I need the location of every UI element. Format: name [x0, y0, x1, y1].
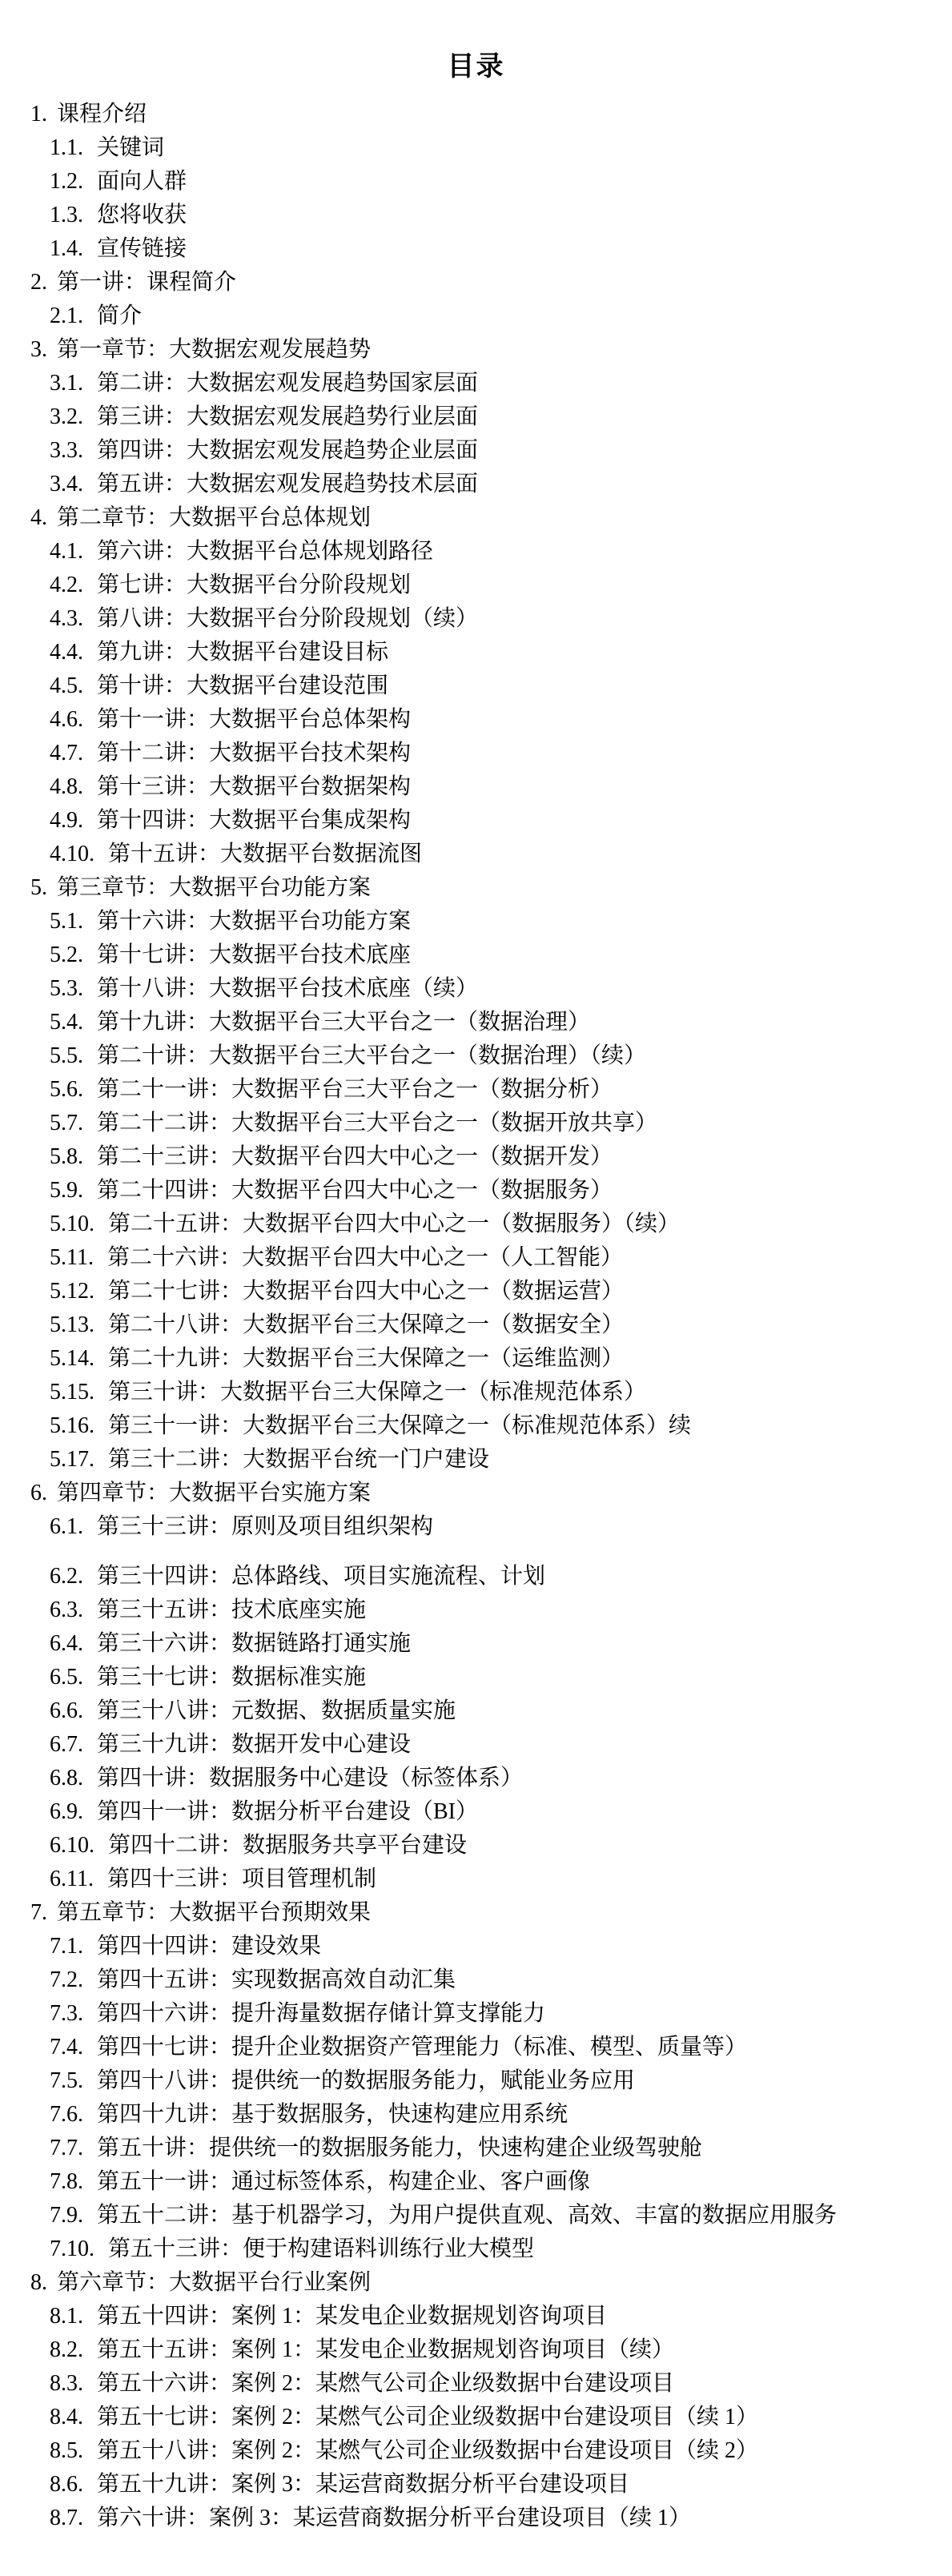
toc-item-label: 第三十五讲：技术底座实施	[97, 1597, 366, 1622]
toc-item-number: 8.5.	[50, 2434, 83, 2468]
toc-item: 1.3.您将收获	[0, 199, 952, 232]
toc-item-label: 第四十五讲：实现数据高效自动汇集	[97, 1967, 456, 1992]
toc-item-number: 7.7.	[50, 2132, 83, 2165]
toc-item-number: 6.11.	[50, 1863, 94, 1896]
toc-item: 4.第二章节：大数据平台总体规划	[0, 501, 952, 535]
toc-item-number: 4.1.	[50, 535, 83, 569]
toc-item-number: 7.	[30, 1896, 47, 1930]
toc-item-number: 7.10.	[50, 2232, 94, 2266]
toc-item-number: 5.11.	[50, 1241, 94, 1275]
toc-item-label: 第七讲：大数据平台分阶段规划	[97, 573, 411, 597]
toc-item-label: 关键词	[97, 135, 164, 160]
toc-item-number: 5.	[30, 871, 47, 905]
toc-item-label: 第三讲：大数据宏观发展趋势行业层面	[97, 404, 478, 429]
toc-item-number: 5.2.	[50, 938, 83, 972]
toc-item: 8.2.第五十五讲：案例 1：某发电企业数据规划咨询项目（续）	[0, 2333, 952, 2367]
toc-item-number: 6.5.	[50, 1661, 83, 1694]
toc-item-label: 第四十八讲：提供统一的数据服务能力，赋能业务应用	[97, 2068, 635, 2093]
toc-item: 5.6.第二十一讲：大数据平台三大平台之一（数据分析）	[0, 1073, 952, 1107]
toc-item: 5.13.第二十八讲：大数据平台三大保障之一（数据安全）	[0, 1308, 952, 1342]
page-title: 目录	[0, 50, 952, 85]
toc-item-number: 4.6.	[50, 703, 83, 737]
toc-item-label: 第三十四讲：总体路线、项目实施流程、计划	[97, 1564, 545, 1589]
toc-item-label: 第八讲：大数据平台分阶段规划（续）	[97, 606, 478, 631]
toc-item-number: 5.5.	[50, 1039, 83, 1073]
toc-item-label: 第四十讲：数据服务中心建设（标签体系）	[97, 1766, 523, 1790]
toc-item-label: 第十一讲：大数据平台总体架构	[97, 707, 411, 732]
toc-item-label: 第一章节：大数据宏观发展趋势	[57, 337, 371, 362]
toc-item: 1.2.面向人群	[0, 165, 952, 199]
toc-item-number: 6.9.	[50, 1795, 83, 1829]
toc-item-number: 5.6.	[50, 1073, 83, 1107]
toc-item-number: 8.7.	[50, 2502, 83, 2535]
toc-item-number: 5.9.	[50, 1174, 83, 1208]
toc-item-label: 第六十讲：案例 3：某运营商数据分析平台建设项目（续 1）	[97, 2506, 691, 2530]
toc-item: 6.1.第三十三讲：原则及项目组织架构	[0, 1510, 952, 1544]
toc-item-label: 第五十二讲：基于机器学习，为用户提供直观、高效、丰富的数据应用服务	[97, 2203, 837, 2228]
toc-item-label: 第四十四讲：建设效果	[97, 1934, 321, 1959]
toc-item: 4.8.第十三讲：大数据平台数据架构	[0, 770, 952, 804]
toc-item: 4.9.第十四讲：大数据平台集成架构	[0, 804, 952, 838]
toc-item: 3.第一章节：大数据宏观发展趋势	[0, 333, 952, 367]
toc-item: 4.6.第十一讲：大数据平台总体架构	[0, 703, 952, 737]
toc-item-label: 第四十三讲：项目管理机制	[107, 1867, 376, 1891]
toc-item: 7.4.第四十七讲：提升企业数据资产管理能力（标准、模型、质量等）	[0, 2031, 952, 2064]
toc-item: 6.10.第四十二讲：数据服务共享平台建设	[0, 1829, 952, 1863]
toc-item: 5.3.第十八讲：大数据平台技术底座（续）	[0, 972, 952, 1006]
toc-item: 8.4.第五十七讲：案例 2：某燃气公司企业级数据中台建设项目（续 1）	[0, 2401, 952, 2434]
toc-item: 4.10.第十五讲：大数据平台数据流图	[0, 838, 952, 871]
toc-item: 7.第五章节：大数据平台预期效果	[0, 1896, 952, 1930]
toc-item-number: 5.1.	[50, 905, 83, 938]
toc-item-label: 第四章节：大数据平台实施方案	[57, 1481, 371, 1505]
toc-item-number: 5.12.	[50, 1275, 94, 1308]
toc-item: 8.1.第五十四讲：案例 1：某发电企业数据规划咨询项目	[0, 2300, 952, 2333]
toc-item: 7.9.第五十二讲：基于机器学习，为用户提供直观、高效、丰富的数据应用服务	[0, 2199, 952, 2232]
toc-item-number: 6.7.	[50, 1728, 83, 1762]
toc-item: 4.1.第六讲：大数据平台总体规划路径	[0, 535, 952, 569]
toc-item-number: 6.8.	[50, 1762, 83, 1795]
toc-item: 8.第六章节：大数据平台行业案例	[0, 2266, 952, 2300]
toc-item-number: 4.9.	[50, 804, 83, 838]
toc-item: 5.第三章节：大数据平台功能方案	[0, 871, 952, 905]
toc-item: 4.7.第十二讲：大数据平台技术架构	[0, 737, 952, 770]
toc-item-number: 6.10.	[50, 1829, 94, 1863]
toc-item-label: 第十讲：大数据平台建设范围	[97, 673, 388, 698]
toc-item: 5.16.第三十一讲：大数据平台三大保障之一（标准规范体系）续	[0, 1409, 952, 1443]
toc-item-number: 1.3.	[50, 199, 83, 232]
toc-item: 6.8.第四十讲：数据服务中心建设（标签体系）	[0, 1762, 952, 1795]
toc-item-number: 3.3.	[50, 434, 83, 468]
toc-item-label: 第二十七讲：大数据平台四大中心之一（数据运营）	[108, 1279, 624, 1304]
toc-item-label: 第二十二讲：大数据平台三大平台之一（数据开放共享）	[97, 1111, 657, 1135]
toc-item: 5.1.第十六讲：大数据平台功能方案	[0, 905, 952, 938]
toc-item-label: 宣传链接	[97, 236, 187, 261]
toc-item: 4.2.第七讲：大数据平台分阶段规划	[0, 569, 952, 602]
toc-item: 7.6.第四十九讲：基于数据服务，快速构建应用系统	[0, 2098, 952, 2132]
toc-item-number: 2.1.	[50, 299, 83, 333]
toc-item-number: 4.3.	[50, 602, 83, 636]
toc-item: 5.10.第二十五讲：大数据平台四大中心之一（数据服务）（续）	[0, 1208, 952, 1241]
toc-item-label: 第三十七讲：数据标准实施	[97, 1665, 366, 1690]
toc-item-number: 5.7.	[50, 1107, 83, 1140]
toc-item-label: 第五十六讲：案例 2：某燃气公司企业级数据中台建设项目	[97, 2371, 674, 2396]
toc-item-number: 5.8.	[50, 1140, 83, 1174]
toc-item-number: 3.	[30, 333, 47, 367]
toc-item-label: 第五十五讲：案例 1：某发电企业数据规划咨询项目（续）	[97, 2337, 674, 2362]
toc-item: 7.5.第四十八讲：提供统一的数据服务能力，赋能业务应用	[0, 2064, 952, 2098]
toc-item: 5.8.第二十三讲：大数据平台四大中心之一（数据开发）	[0, 1140, 952, 1174]
toc-item-number: 7.4.	[50, 2031, 83, 2064]
toc-item-number: 3.4.	[50, 468, 83, 501]
toc-item-number: 5.13.	[50, 1308, 94, 1342]
toc-item-label: 课程介绍	[57, 102, 147, 127]
toc-item-number: 4.8.	[50, 770, 83, 804]
toc-item-label: 第五讲：大数据宏观发展趋势技术层面	[97, 472, 478, 496]
toc-item-label: 第六讲：大数据平台总体规划路径	[97, 539, 433, 564]
toc-item: 5.11.第二十六讲：大数据平台四大中心之一（人工智能）	[0, 1241, 952, 1275]
toc-item-label: 第二十一讲：大数据平台三大平台之一（数据分析）	[97, 1077, 613, 1102]
toc-item-label: 第二十六讲：大数据平台四大中心之一（人工智能）	[107, 1245, 623, 1270]
toc-item-label: 第十七讲：大数据平台技术底座	[97, 942, 411, 967]
toc-item-label: 第十五讲：大数据平台数据流图	[108, 842, 422, 866]
toc-item: 5.14.第二十九讲：大数据平台三大保障之一（运维监测）	[0, 1342, 952, 1376]
toc-item-label: 第三十讲：大数据平台三大保障之一（标准规范体系）	[108, 1380, 646, 1405]
toc-item-number: 4.7.	[50, 737, 83, 770]
toc-item-label: 第六章节：大数据平台行业案例	[57, 2270, 371, 2295]
toc-item-label: 第十八讲：大数据平台技术底座（续）	[97, 976, 478, 1001]
toc-item-number: 8.3.	[50, 2367, 83, 2401]
toc-item: 6.7.第三十九讲：数据开发中心建设	[0, 1728, 952, 1762]
toc-item: 5.4.第十九讲：大数据平台三大平台之一（数据治理）	[0, 1006, 952, 1039]
toc-item: 2.第一讲：课程简介	[0, 266, 952, 299]
toc-item: 5.17.第三十二讲：大数据平台统一门户建设	[0, 1443, 952, 1477]
toc-item: 4.5.第十讲：大数据平台建设范围	[0, 669, 952, 703]
toc-item-number: 1.4.	[50, 232, 83, 266]
toc-item-number: 3.1.	[50, 367, 83, 400]
toc-item: 3.1.第二讲：大数据宏观发展趋势国家层面	[0, 367, 952, 400]
toc-item-number: 8.6.	[50, 2468, 83, 2502]
toc-item-number: 7.2.	[50, 1963, 83, 1997]
toc-item-number: 5.16.	[50, 1409, 94, 1443]
toc-item: 5.12.第二十七讲：大数据平台四大中心之一（数据运营）	[0, 1275, 952, 1308]
toc-item-number: 6.3.	[50, 1593, 83, 1627]
toc-item: 5.15.第三十讲：大数据平台三大保障之一（标准规范体系）	[0, 1376, 952, 1409]
toc-item-label: 第三十八讲：元数据、数据质量实施	[97, 1698, 456, 1723]
toc-item-number: 4.5.	[50, 669, 83, 703]
toc-item-label: 第三十一讲：大数据平台三大保障之一（标准规范体系）续	[108, 1413, 691, 1438]
toc-item: 4.3.第八讲：大数据平台分阶段规划（续）	[0, 602, 952, 636]
toc-item-label: 第三章节：大数据平台功能方案	[57, 875, 371, 900]
toc-item: 4.4.第九讲：大数据平台建设目标	[0, 636, 952, 669]
toc-item-label: 第五十讲：提供统一的数据服务能力，快速构建企业级驾驶舱	[97, 2136, 702, 2160]
toc-item-number: 4.2.	[50, 569, 83, 602]
toc-item: 5.7.第二十二讲：大数据平台三大平台之一（数据开放共享）	[0, 1107, 952, 1140]
toc-item-label: 第二十四讲：大数据平台四大中心之一（数据服务）	[97, 1178, 613, 1203]
toc-item-label: 第三十六讲：数据链路打通实施	[97, 1631, 411, 1656]
toc-item-number: 7.9.	[50, 2199, 83, 2232]
toc-item: 7.7.第五十讲：提供统一的数据服务能力，快速构建企业级驾驶舱	[0, 2132, 952, 2165]
toc-item-number: 6.6.	[50, 1694, 83, 1728]
toc-item-label: 第十二讲：大数据平台技术架构	[97, 741, 411, 766]
toc-item-label: 第三十三讲：原则及项目组织架构	[97, 1514, 433, 1539]
toc-item: 7.2.第四十五讲：实现数据高效自动汇集	[0, 1963, 952, 1997]
toc-item-number: 6.	[30, 1477, 47, 1510]
toc-item-number: 3.2.	[50, 400, 83, 434]
toc-item-number: 7.3.	[50, 1997, 83, 2031]
toc-item: 3.4.第五讲：大数据宏观发展趋势技术层面	[0, 468, 952, 501]
toc-item: 1.课程介绍	[0, 98, 952, 131]
toc-item: 6.4.第三十六讲：数据链路打通实施	[0, 1627, 952, 1661]
toc-item: 7.8.第五十一讲：通过标签体系，构建企业、客户画像	[0, 2165, 952, 2199]
toc-item-label: 第三十九讲：数据开发中心建设	[97, 1732, 411, 1757]
toc-item-number: 8.1.	[50, 2300, 83, 2333]
toc-item-label: 面向人群	[97, 169, 187, 194]
toc-item-number: 5.17.	[50, 1443, 94, 1477]
toc-item-label: 第四十一讲：数据分析平台建设（BI）	[97, 1799, 478, 1824]
toc-item-number: 4.	[30, 501, 47, 535]
toc-item: 3.2.第三讲：大数据宏观发展趋势行业层面	[0, 400, 952, 434]
toc-item-number: 5.10.	[50, 1208, 94, 1241]
toc-item-label: 第十三讲：大数据平台数据架构	[97, 774, 411, 799]
toc-item-label: 第二十九讲：大数据平台三大保障之一（运维监测）	[108, 1346, 624, 1371]
toc-item-label: 第十四讲：大数据平台集成架构	[97, 808, 411, 833]
toc-item: 8.5.第五十八讲：案例 2：某燃气公司企业级数据中台建设项目（续 2）	[0, 2434, 952, 2468]
toc-item-label: 第二十五讲：大数据平台四大中心之一（数据服务）（续）	[108, 1212, 680, 1236]
toc-item-number: 5.3.	[50, 972, 83, 1006]
toc-item-label: 第一讲：课程简介	[57, 270, 236, 295]
toc-item-label: 第四十七讲：提升企业数据资产管理能力（标准、模型、质量等）	[97, 2035, 747, 2060]
toc-item-number: 7.6.	[50, 2098, 83, 2132]
toc-item-number: 1.2.	[50, 165, 83, 199]
toc-item-label: 第四讲：大数据宏观发展趋势企业层面	[97, 438, 478, 463]
toc-item-label: 第三十二讲：大数据平台统一门户建设	[108, 1447, 489, 1472]
toc-item: 1.1.关键词	[0, 131, 952, 165]
toc-item-number: 7.1.	[50, 1930, 83, 1963]
toc-item-label: 第九讲：大数据平台建设目标	[97, 640, 388, 665]
toc-item-number: 6.2.	[50, 1560, 83, 1593]
toc-item-label: 第二十讲：大数据平台三大平台之一（数据治理）（续）	[97, 1043, 646, 1068]
toc-item-label: 第四十九讲：基于数据服务，快速构建应用系统	[97, 2102, 568, 2127]
toc-item-label: 第五十一讲：通过标签体系，构建企业、客户画像	[97, 2169, 590, 2194]
toc-item-label: 第五十九讲：案例 3：某运营商数据分析平台建设项目	[97, 2472, 629, 2497]
toc-item-label: 第四十六讲：提升海量数据存储计算支撑能力	[97, 2001, 545, 2026]
toc-item: 2.1.简介	[0, 299, 952, 333]
toc-item-number: 2.	[30, 266, 47, 299]
toc-item-number: 6.4.	[50, 1627, 83, 1661]
toc-item-number: 1.1.	[50, 131, 83, 165]
toc-item-label: 第二十三讲：大数据平台四大中心之一（数据开发）	[97, 1144, 613, 1169]
toc-item: 1.4.宣传链接	[0, 232, 952, 266]
toc-item: 5.2.第十七讲：大数据平台技术底座	[0, 938, 952, 972]
toc-item-number: 5.15.	[50, 1376, 94, 1409]
toc-item-number: 7.8.	[50, 2165, 83, 2199]
toc-item-number: 8.4.	[50, 2401, 83, 2434]
toc-item-number: 5.4.	[50, 1006, 83, 1039]
toc-item-label: 第二讲：大数据宏观发展趋势国家层面	[97, 371, 478, 396]
toc-item-number: 4.10.	[50, 838, 94, 871]
toc-item: 5.9.第二十四讲：大数据平台四大中心之一（数据服务）	[0, 1174, 952, 1208]
toc-item-label: 简介	[97, 303, 142, 328]
toc-item: 7.3.第四十六讲：提升海量数据存储计算支撑能力	[0, 1997, 952, 2031]
toc-item: 6.9.第四十一讲：数据分析平台建设（BI）	[0, 1795, 952, 1829]
toc-item-number: 5.14.	[50, 1342, 94, 1376]
toc-item: 6.3.第三十五讲：技术底座实施	[0, 1593, 952, 1627]
toc-item-label: 第十九讲：大数据平台三大平台之一（数据治理）	[97, 1010, 590, 1035]
toc-item-label: 您将收获	[97, 203, 187, 227]
toc-item: 8.6.第五十九讲：案例 3：某运营商数据分析平台建设项目	[0, 2468, 952, 2502]
toc-item-label: 第五十七讲：案例 2：某燃气公司企业级数据中台建设项目（续 1）	[97, 2405, 758, 2429]
toc-item: 7.10.第五十三讲：便于构建语料训练行业大模型	[0, 2232, 952, 2266]
toc-item-label: 第十六讲：大数据平台功能方案	[97, 909, 411, 934]
toc-item-label: 第五十三讲：便于构建语料训练行业大模型	[108, 2236, 534, 2261]
toc-item: 6.6.第三十八讲：元数据、数据质量实施	[0, 1694, 952, 1728]
toc-item: 8.3.第五十六讲：案例 2：某燃气公司企业级数据中台建设项目	[0, 2367, 952, 2401]
toc-item-number: 1.	[30, 98, 47, 131]
toc-item-number: 7.5.	[50, 2064, 83, 2098]
toc-item-label: 第二十八讲：大数据平台三大保障之一（数据安全）	[108, 1312, 624, 1337]
toc-item-label: 第五十八讲：案例 2：某燃气公司企业级数据中台建设项目（续 2）	[97, 2438, 758, 2463]
toc-item-number: 8.2.	[50, 2333, 83, 2367]
toc-item: 7.1.第四十四讲：建设效果	[0, 1930, 952, 1963]
toc-item-number: 4.4.	[50, 636, 83, 669]
toc-item-number: 8.	[30, 2266, 47, 2300]
toc-item: 5.5.第二十讲：大数据平台三大平台之一（数据治理）（续）	[0, 1039, 952, 1073]
toc-item-label: 第二章节：大数据平台总体规划	[57, 505, 371, 530]
toc-item-number: 6.1.	[50, 1510, 83, 1544]
toc-item: 6.11.第四十三讲：项目管理机制	[0, 1863, 952, 1896]
toc-item: 8.7.第六十讲：案例 3：某运营商数据分析平台建设项目（续 1）	[0, 2502, 952, 2535]
toc-item: 6.2.第三十四讲：总体路线、项目实施流程、计划	[0, 1560, 952, 1593]
toc-item-label: 第五章节：大数据平台预期效果	[57, 1900, 371, 1925]
toc-item-label: 第四十二讲：数据服务共享平台建设	[108, 1833, 467, 1858]
toc-item-label: 第五十四讲：案例 1：某发电企业数据规划咨询项目	[97, 2304, 607, 2329]
toc-list: 1.课程介绍1.1.关键词1.2.面向人群1.3.您将收获1.4.宣传链接2.第…	[0, 98, 952, 2535]
document-page: 目录 1.课程介绍1.1.关键词1.2.面向人群1.3.您将收获1.4.宣传链接…	[0, 0, 952, 2535]
toc-item: 6.第四章节：大数据平台实施方案	[0, 1477, 952, 1510]
toc-item: 6.5.第三十七讲：数据标准实施	[0, 1661, 952, 1694]
toc-item: 3.3.第四讲：大数据宏观发展趋势企业层面	[0, 434, 952, 468]
